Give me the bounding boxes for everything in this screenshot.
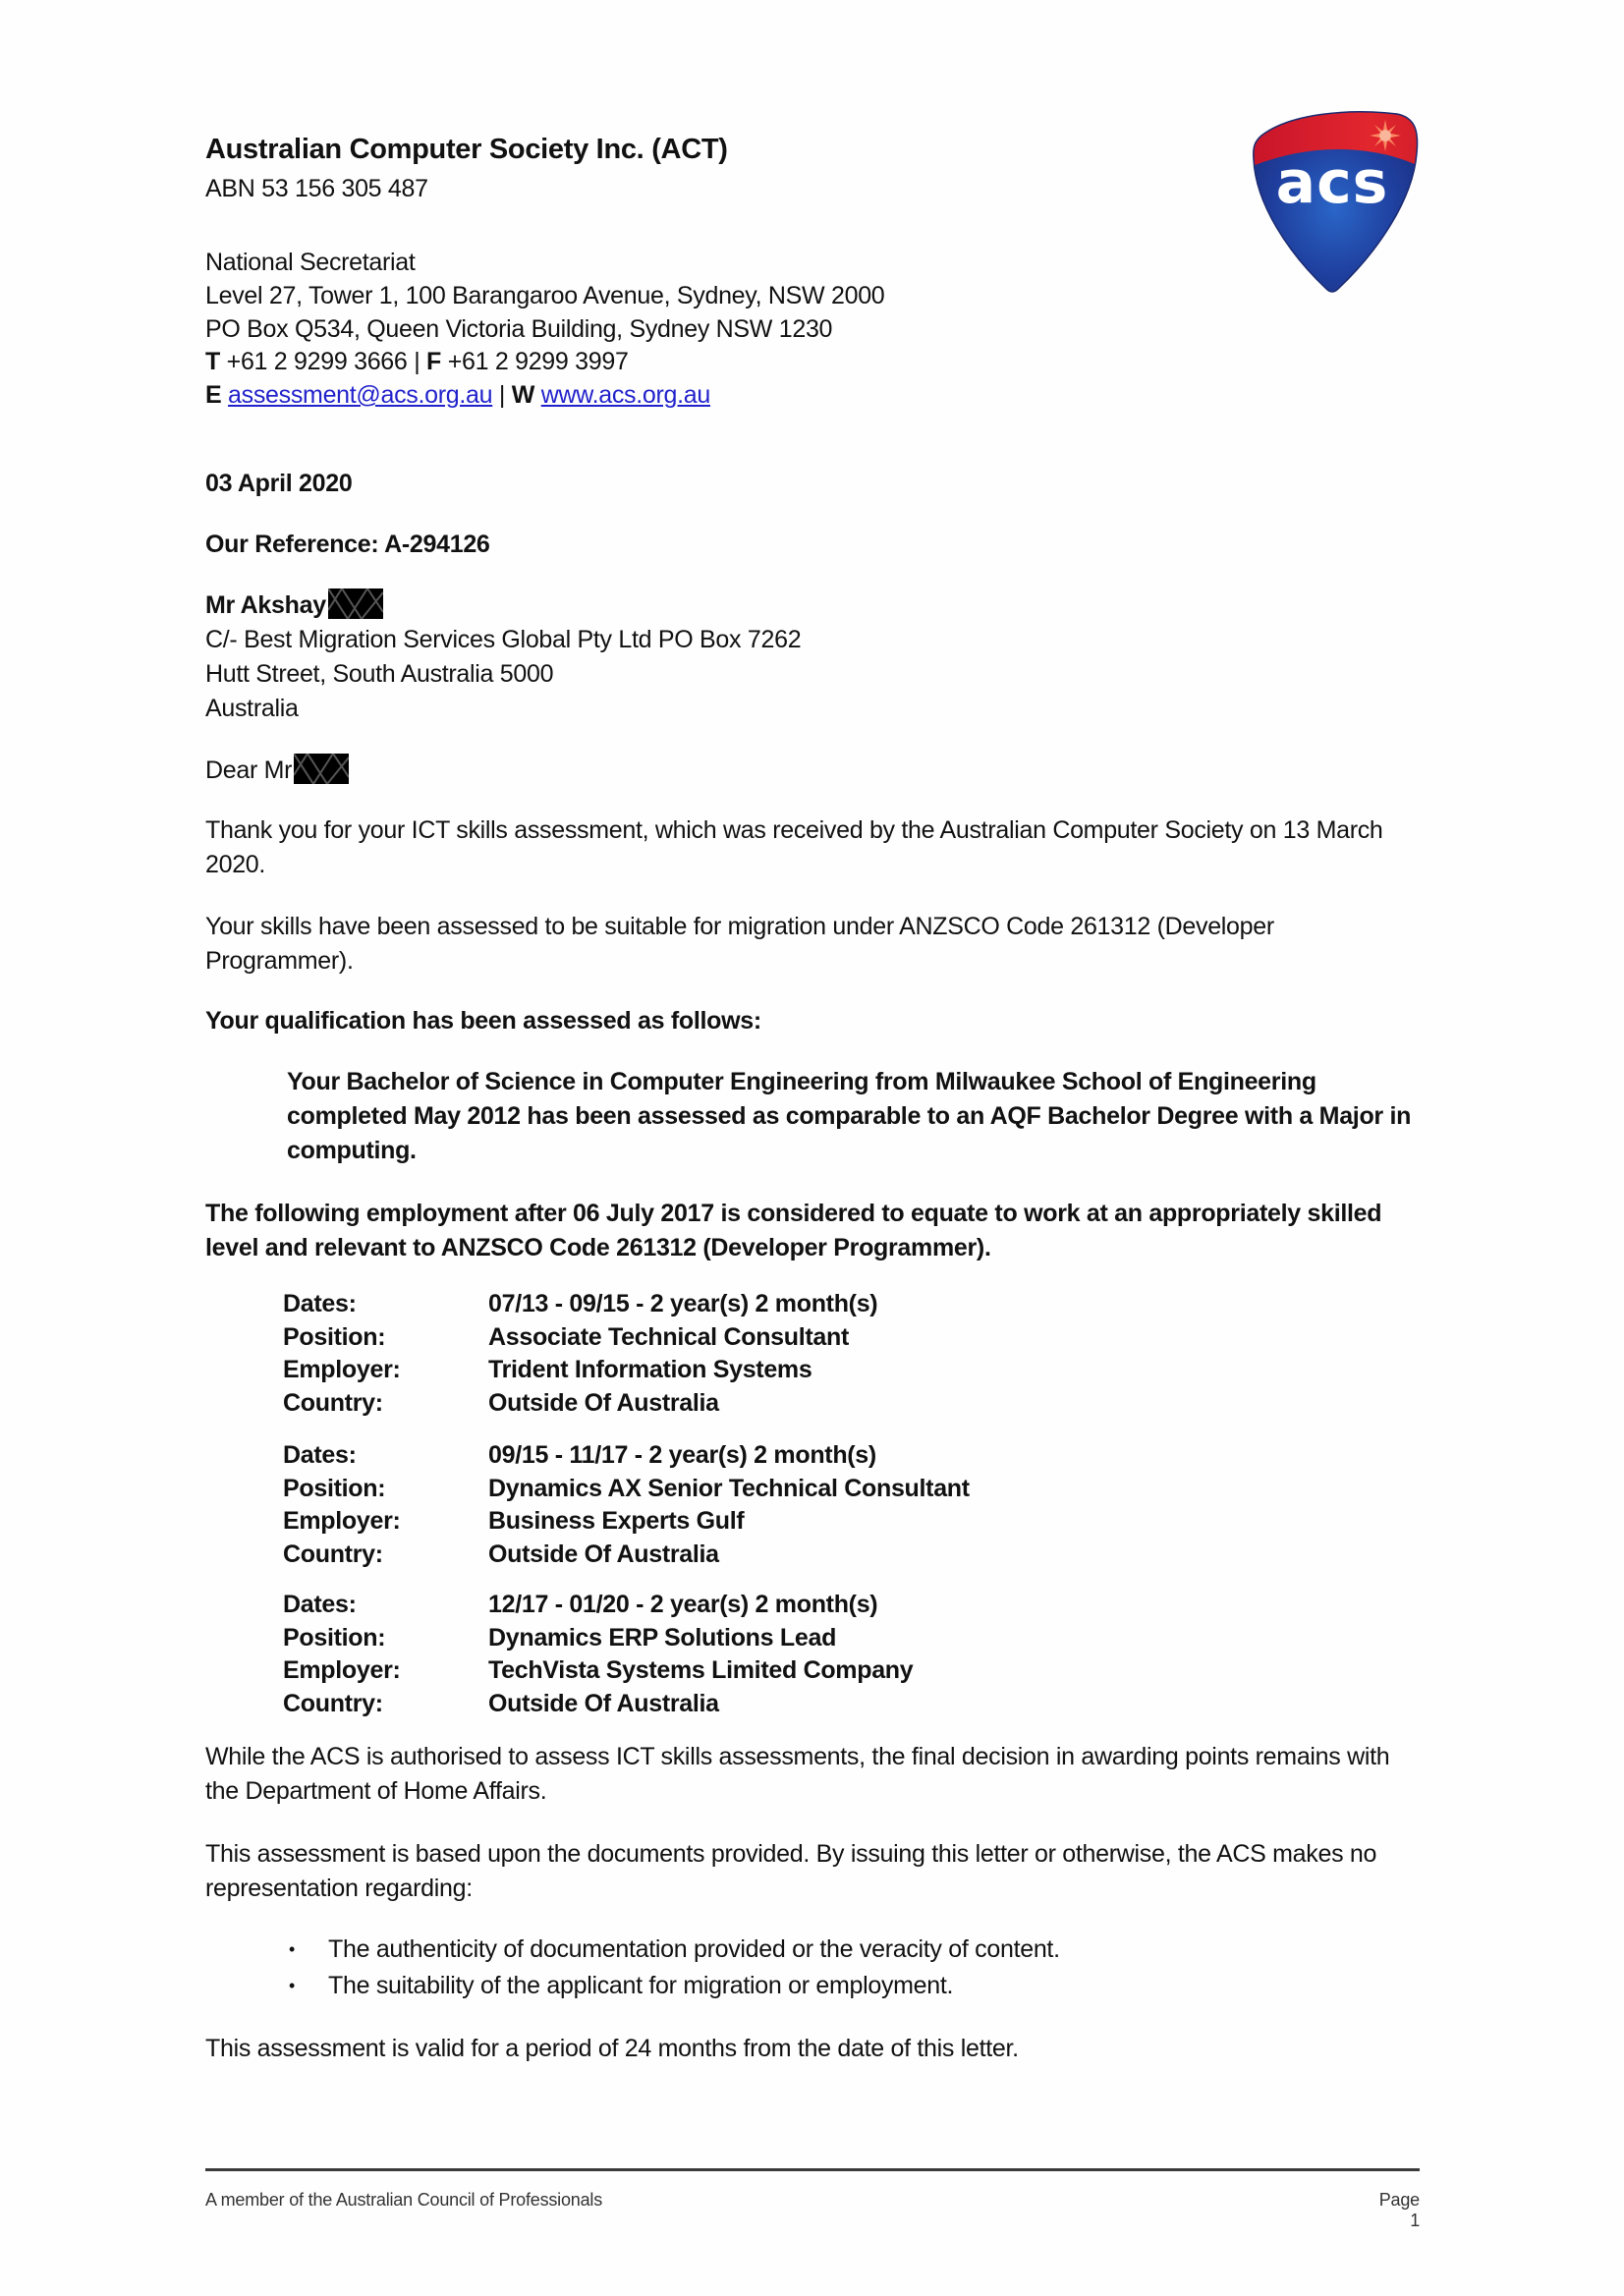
employment-heading: The following employment after 06 July 2… xyxy=(205,1197,1424,1265)
disclaimer-list: • The authenticity of documentation prov… xyxy=(287,1932,1060,2004)
paragraph-based-upon: This assessment is based upon the docume… xyxy=(205,1837,1424,1906)
redacted-box xyxy=(294,754,349,784)
our-reference: Our Reference: A-294126 xyxy=(205,528,490,561)
list-item-text: The suitability of the applicant for mig… xyxy=(328,1968,953,2004)
employer-label: Employer: xyxy=(283,1505,488,1539)
dates-label: Dates: xyxy=(283,1589,488,1622)
list-item-text: The authenticity of documentation provid… xyxy=(328,1932,1060,1968)
position-value: Dynamics AX Senior Technical Consultant xyxy=(488,1473,970,1506)
country-label: Country: xyxy=(283,1688,488,1721)
employer-value: Business Experts Gulf xyxy=(488,1505,744,1539)
list-item: • The authenticity of documentation prov… xyxy=(287,1932,1060,1968)
country-label: Country: xyxy=(283,1387,488,1421)
employer-label: Employer: xyxy=(283,1354,488,1387)
email-link[interactable]: assessment@acs.org.au xyxy=(228,381,492,409)
website-link[interactable]: www.acs.org.au xyxy=(541,381,710,409)
salutation: Dear Mr xyxy=(205,754,349,787)
qualification-heading: Your qualification has been assessed as … xyxy=(205,1004,1424,1038)
dates-value: 07/13 - 09/15 - 2 year(s) 2 month(s) xyxy=(488,1288,877,1321)
redacted-box xyxy=(328,588,383,619)
fax-number: +61 2 9299 3997 xyxy=(448,348,629,375)
qualification-text: Your Bachelor of Science in Computer Eng… xyxy=(287,1065,1427,1168)
web-label: W xyxy=(512,381,534,409)
employer-label: Employer: xyxy=(283,1654,488,1688)
country-value: Outside Of Australia xyxy=(488,1688,719,1721)
recipient-name-text: Mr Akshay xyxy=(205,591,326,619)
country-value: Outside Of Australia xyxy=(488,1387,719,1421)
separator: | xyxy=(499,381,505,409)
salutation-text: Dear Mr xyxy=(205,756,292,784)
paragraph-valid: This assessment is valid for a period of… xyxy=(205,2032,1424,2066)
position-label: Position: xyxy=(283,1321,488,1355)
bullet-icon: • xyxy=(287,1968,328,2004)
bullet-icon: • xyxy=(287,1932,328,1968)
department: National Secretariat xyxy=(205,246,416,279)
dates-value: 09/15 - 11/17 - 2 year(s) 2 month(s) xyxy=(488,1439,876,1473)
employer-value: Trident Information Systems xyxy=(488,1354,812,1387)
position-value: Dynamics ERP Solutions Lead xyxy=(488,1622,836,1655)
footer-member-text: A member of the Australian Council of Pr… xyxy=(205,2190,602,2211)
footer-divider xyxy=(205,2168,1420,2171)
contact-email-web: E assessment@acs.org.au | W www.acs.org.… xyxy=(205,378,710,412)
position-label: Position: xyxy=(283,1622,488,1655)
letter-page: Australian Computer Society Inc. (ACT) A… xyxy=(0,0,1624,2296)
list-item: • The suitability of the applicant for m… xyxy=(287,1968,1060,2004)
contact-phone-fax: T +61 2 9299 3666 | F +61 2 9299 3997 xyxy=(205,345,629,378)
recipient-address-line-1: C/- Best Migration Services Global Pty L… xyxy=(205,623,801,656)
fax-label: F xyxy=(426,348,441,375)
svg-text:acs: acs xyxy=(1276,148,1389,217)
country-label: Country: xyxy=(283,1539,488,1572)
paragraph-authorised: While the ACS is authorised to assess IC… xyxy=(205,1740,1424,1809)
dates-label: Dates: xyxy=(283,1288,488,1321)
dates-value: 12/17 - 01/20 - 2 year(s) 2 month(s) xyxy=(488,1589,877,1622)
position-label: Position: xyxy=(283,1473,488,1506)
country-value: Outside Of Australia xyxy=(488,1539,719,1572)
org-name: Australian Computer Society Inc. (ACT) xyxy=(205,134,728,166)
employment-entry: Dates:12/17 - 01/20 - 2 year(s) 2 month(… xyxy=(283,1589,913,1720)
employment-entry: Dates:09/15 - 11/17 - 2 year(s) 2 month(… xyxy=(283,1439,970,1571)
dates-label: Dates: xyxy=(283,1439,488,1473)
phone-label: T xyxy=(205,348,220,375)
separator: | xyxy=(414,348,420,375)
address-line-2: PO Box Q534, Queen Victoria Building, Sy… xyxy=(205,312,832,346)
letter-date: 03 April 2020 xyxy=(205,467,352,500)
employer-value: TechVista Systems Limited Company xyxy=(488,1654,913,1688)
page-number: Page 1 xyxy=(1366,2190,1420,2231)
position-value: Associate Technical Consultant xyxy=(488,1321,849,1355)
acs-shield-logo-icon: acs xyxy=(1250,106,1421,293)
employment-entry: Dates:07/13 - 09/15 - 2 year(s) 2 month(… xyxy=(283,1288,877,1420)
paragraph-received: Thank you for your ICT skills assessment… xyxy=(205,813,1424,882)
address-line-1: Level 27, Tower 1, 100 Barangaroo Avenue… xyxy=(205,279,884,312)
phone-number: +61 2 9299 3666 xyxy=(227,348,408,375)
recipient-address-line-2: Hutt Street, South Australia 5000 xyxy=(205,657,553,691)
recipient-name: Mr Akshay xyxy=(205,588,383,622)
email-label: E xyxy=(205,381,221,409)
paragraph-suitable: Your skills have been assessed to be sui… xyxy=(205,910,1424,979)
recipient-address-line-3: Australia xyxy=(205,692,299,725)
abn: ABN 53 156 305 487 xyxy=(205,172,428,205)
